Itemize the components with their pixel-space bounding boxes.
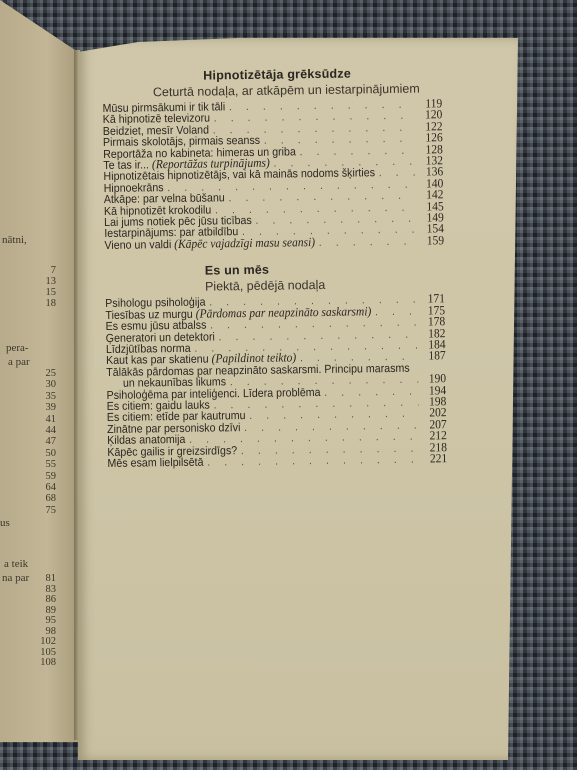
left-page-text-fragment: na par: [2, 572, 29, 584]
section-hipnotizetaja: Hipnotizētāja grēksūdze Ceturtā nodaļa, …: [102, 65, 444, 251]
left-page-text-fragment: a par: [8, 356, 30, 368]
toc-entry-title: Vieno un valdi (Kāpēc vajadzīgi masu sea…: [104, 237, 315, 251]
section-es-un-mes: Es un mēs Piektā, pēdējā nodaļa Psiholog…: [105, 261, 448, 470]
chapter-subtitle: Piektā, pēdējā nodaļa: [205, 277, 445, 294]
toc-entry-title: Mēs esam lielpilsētā: [107, 457, 203, 470]
left-page-text-fragment: nātni,: [2, 234, 27, 246]
chapter-title: Es un mēs: [205, 261, 445, 278]
leader-dots: . . . . . . . . . . . . . . . . . . . . …: [371, 305, 417, 317]
leader-dots: . . . . . . . . . . . . . . . . . . . . …: [315, 236, 417, 249]
chapter-subtitle: Ceturtā nodaļa, ar atkāpēm un iestarpinā…: [130, 81, 442, 99]
toc-page-number: 159: [416, 235, 444, 247]
left-page-text-fragment: pera-: [6, 342, 29, 354]
left-page-numbers: 25303539414447505559646875: [40, 368, 56, 516]
toc-page-number: 221: [419, 453, 447, 465]
toc-page-number: 187: [418, 351, 446, 363]
left-page-numbers: 818386899598102105108: [40, 574, 56, 669]
left-page-text-fragment: a teik: [4, 558, 28, 570]
table-of-contents: Hipnotizētāja grēksūdze Ceturtā nodaļa, …: [102, 65, 448, 469]
leader-dots: . . . . . . . . . . . . . . . . . . . . …: [375, 167, 416, 179]
left-page: nātni,pera-a parusa teikna par7131518253…: [0, 0, 78, 742]
left-page-text-fragment: us: [0, 517, 10, 529]
left-page-numbers: 7131518: [40, 265, 56, 309]
